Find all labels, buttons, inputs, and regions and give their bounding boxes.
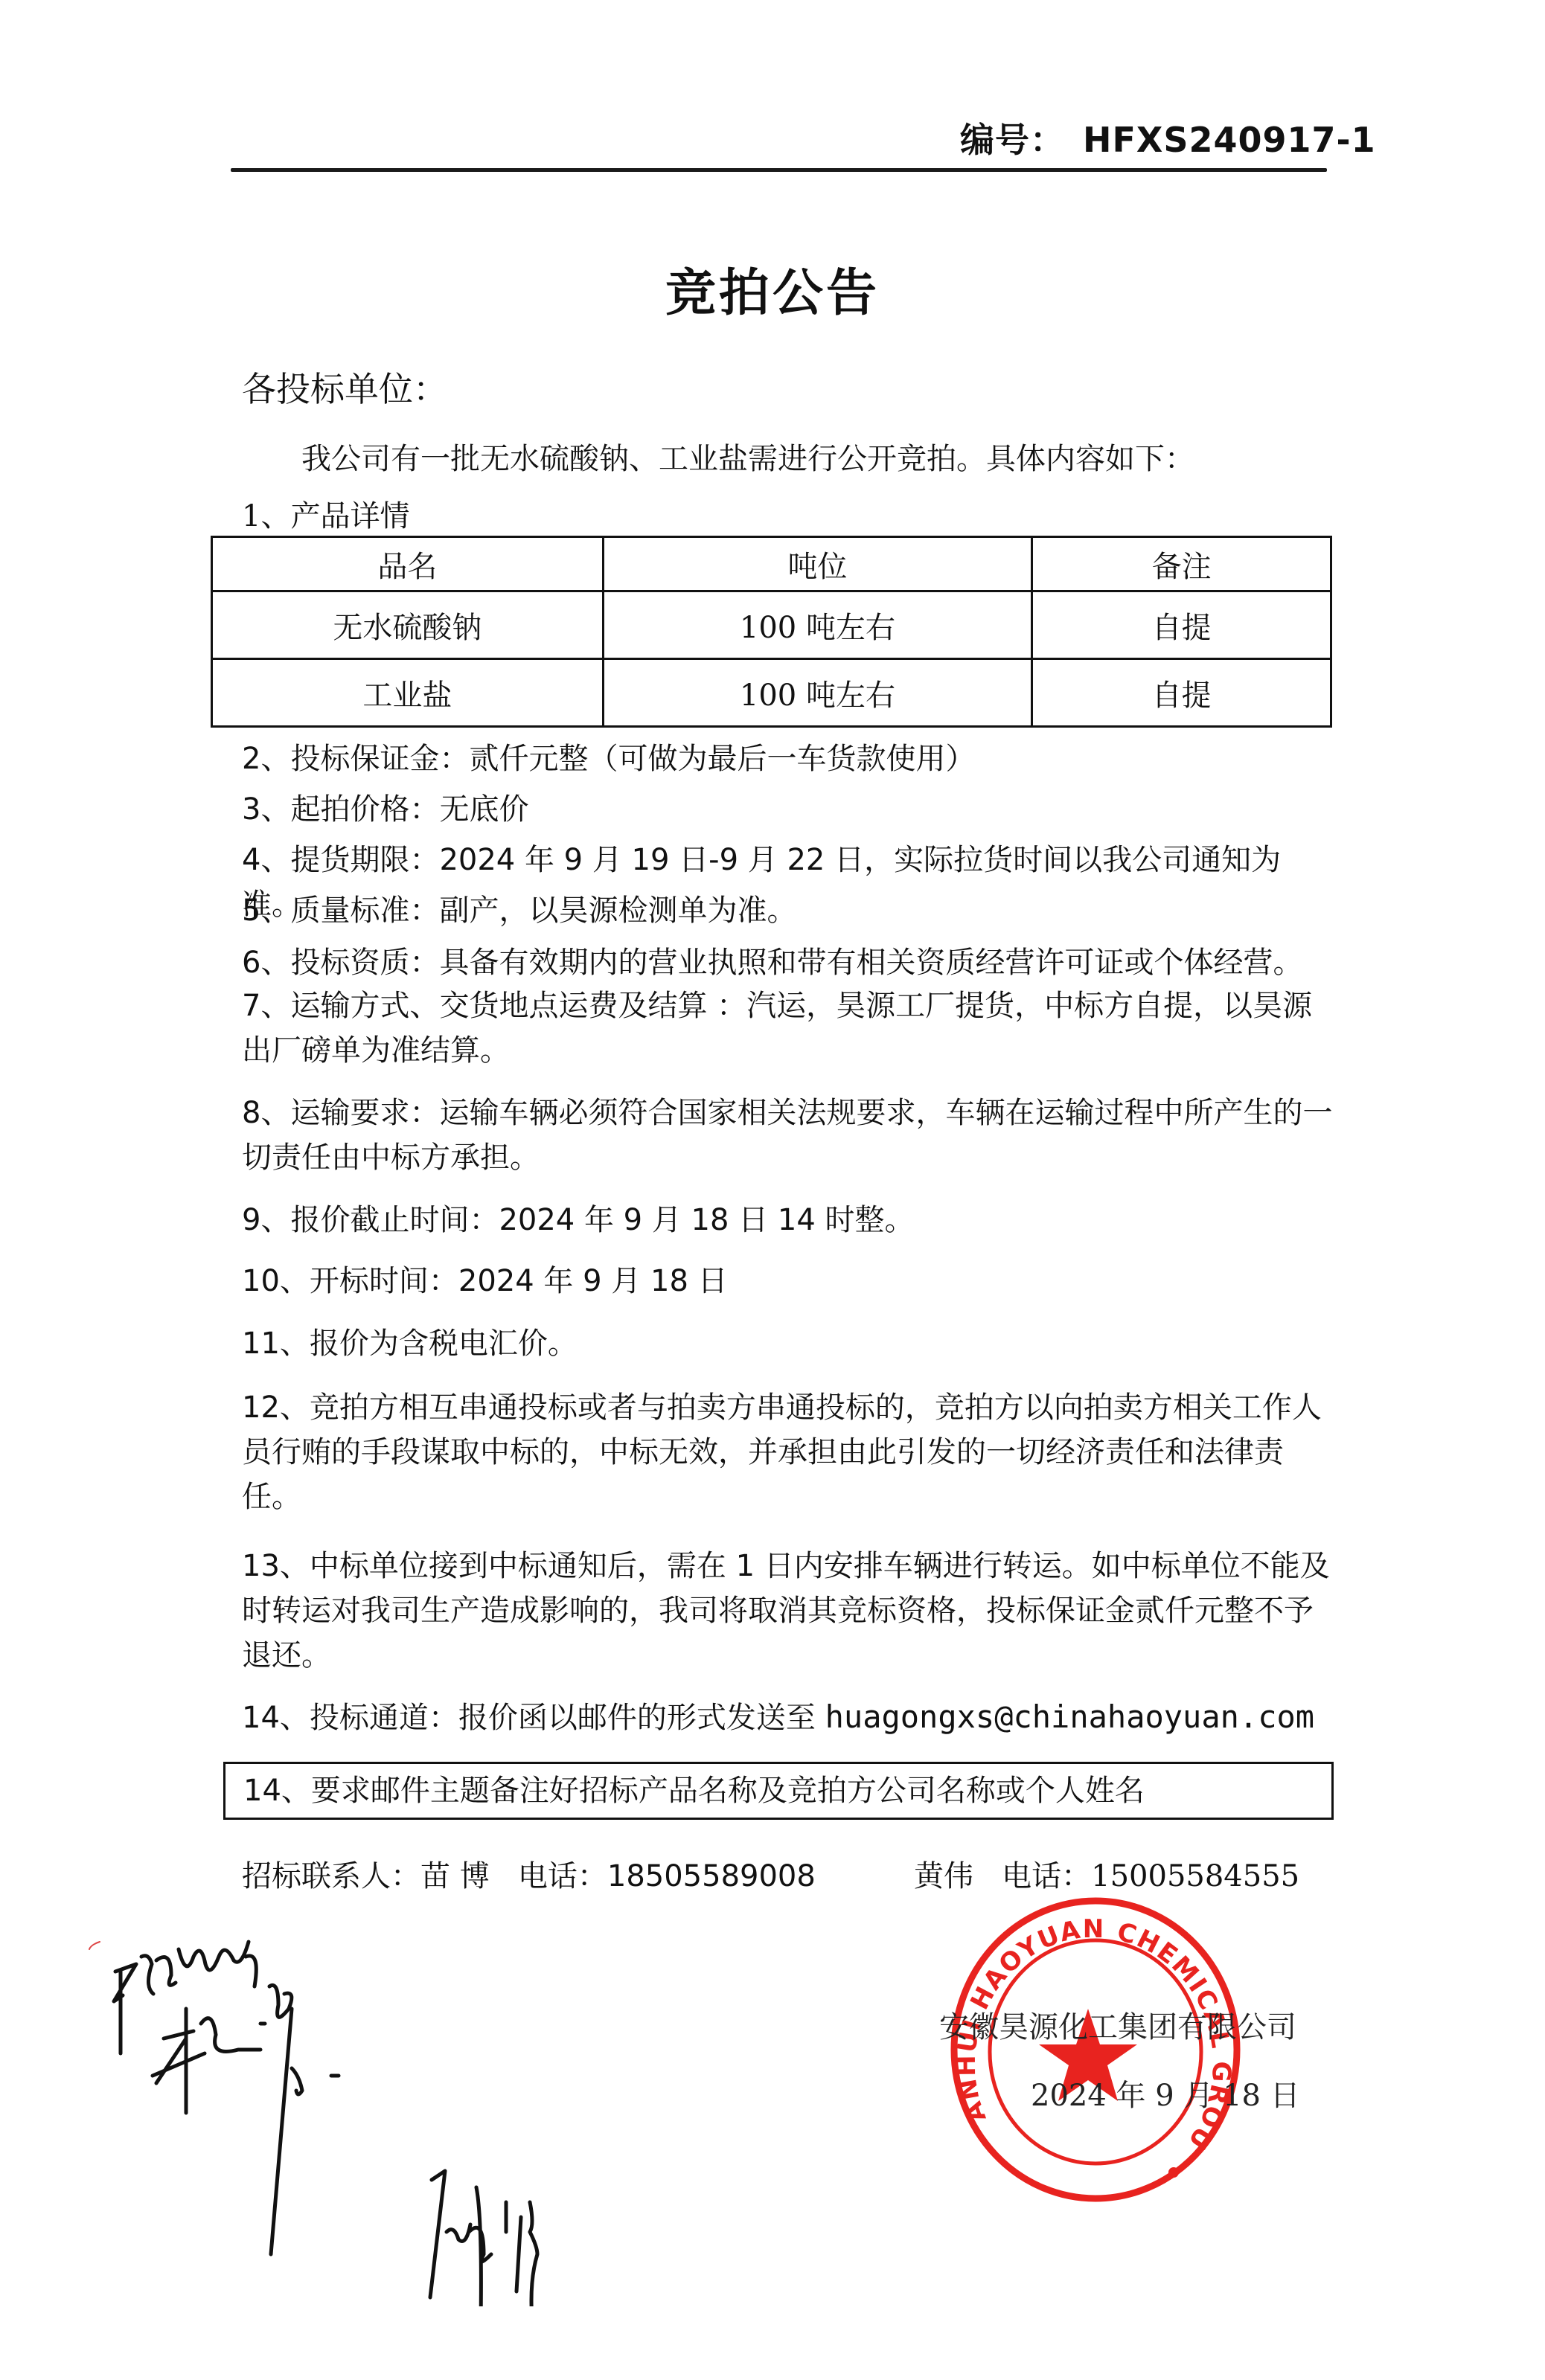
contact2-phone-label: 电话：: [1002, 1859, 1091, 1893]
salutation: 各投标单位：: [242, 362, 447, 411]
table-row: 工业盐 100 吨左右 自提: [212, 659, 1331, 727]
contact1-phone-label: 电话：: [518, 1859, 607, 1893]
contact1-name: 苗 博: [420, 1859, 490, 1893]
page-title: 竞拍公告: [0, 253, 1545, 325]
section-heading-product-details: 1、产品详情: [242, 493, 409, 535]
column-header-remarks: 备注: [1032, 537, 1331, 591]
contact1-phone: 18505589008: [607, 1859, 816, 1893]
contact2-name: 黄伟: [914, 1859, 973, 1893]
item-collusion-clause: 12、竞拍方相互串通投标或者与拍卖方串通投标的，竞拍方以向拍卖方相关工作人员行贿…: [242, 1385, 1336, 1519]
bid-email-link[interactable]: huagongxs@chinahaoyuan.com: [825, 1699, 1314, 1735]
header-divider: [231, 168, 1327, 172]
bid-channel-text: 14、投标通道：报价函以邮件的形式发送至: [242, 1701, 825, 1735]
intro-paragraph: 我公司有一批无水硫酸钠、工业盐需进行公开竞拍。具体内容如下：: [301, 435, 1194, 478]
issue-date: 2024 年 9 月 18 日: [1031, 2072, 1300, 2114]
cell-remarks: 自提: [1032, 591, 1331, 659]
item-quote-deadline: 9、报价截止时间：2024 年 9 月 18 日 14 时整。: [242, 1198, 1336, 1242]
issuing-company: 安徽昊源化工集团有限公司: [939, 2004, 1296, 2046]
cell-product-name: 无水硫酸钠: [212, 591, 604, 659]
column-header-product-name: 品名: [212, 537, 604, 591]
cell-tonnage: 100 吨左右: [603, 591, 1032, 659]
item-bid-deposit: 2、投标保证金：贰仟元整（可做为最后一车货款使用）: [242, 737, 1336, 781]
table-header-row: 品名 吨位 备注: [212, 537, 1331, 591]
email-subject-note: 14、要求邮件主题备注好招标产品名称及竞拍方公司名称或个人姓名: [223, 1762, 1334, 1820]
item-transport-method: 7、运输方式、交货地点运费及结算 ：汽运，昊源工厂提货，中标方自提，以昊源出厂磅…: [242, 984, 1336, 1073]
contact2-phone: 15005584555: [1091, 1859, 1299, 1893]
cell-product-name: 工业盐: [212, 659, 604, 727]
contact-label: 招标联系人：: [242, 1859, 420, 1893]
item-tax-inclusive-price: 11、报价为含税电汇价。: [242, 1321, 1336, 1366]
document-serial: 编号：HFXS240917-1: [960, 113, 1376, 162]
table-row: 无水硫酸钠 100 吨左右 自提: [212, 591, 1331, 659]
contact-line-primary: 招标联系人：苗 博 电话：18505589008: [242, 1853, 816, 1895]
contact-line-secondary: 黄伟 电话：15005584555: [914, 1853, 1299, 1895]
handwritten-signatures: [74, 1919, 685, 2306]
item-transport-requirements: 8、运输要求：运输车辆必须符合国家相关法规要求，车辆在运输过程中所产生的一切责任…: [242, 1091, 1336, 1180]
cell-remarks: 自提: [1032, 659, 1331, 727]
item-bid-opening-time: 10、开标时间：2024 年 9 月 18 日: [242, 1259, 1336, 1303]
item-winning-bidder-obligation: 13、中标单位接到中标通知后，需在 1 日内安排车辆进行转运。如中标单位不能及时…: [242, 1544, 1336, 1678]
item-quality-standard: 5、质量标准：副产，以昊源检测单为准。: [242, 888, 1336, 933]
company-seal-icon: ANHUI HAOYUAN CHEMICAL GROUP CO.,LTD.: [939, 1882, 1252, 2210]
item-starting-price: 3、起拍价格：无底价: [242, 787, 1336, 832]
serial-number: HFXS240917-1: [1083, 120, 1376, 160]
serial-label: 编号：: [960, 120, 1065, 160]
item-bid-channel: 14、投标通道：报价函以邮件的形式发送至 huagongxs@chinahaoy…: [242, 1695, 1336, 1740]
product-table: 品名 吨位 备注 无水硫酸钠 100 吨左右 自提 工业盐 100 吨左右 自提: [211, 536, 1332, 728]
cell-tonnage: 100 吨左右: [603, 659, 1032, 727]
item-bidder-qualification: 6、投标资质：具备有效期内的营业执照和带有相关资质经营许可证或个体经营。: [242, 940, 1336, 985]
column-header-tonnage: 吨位: [603, 537, 1032, 591]
